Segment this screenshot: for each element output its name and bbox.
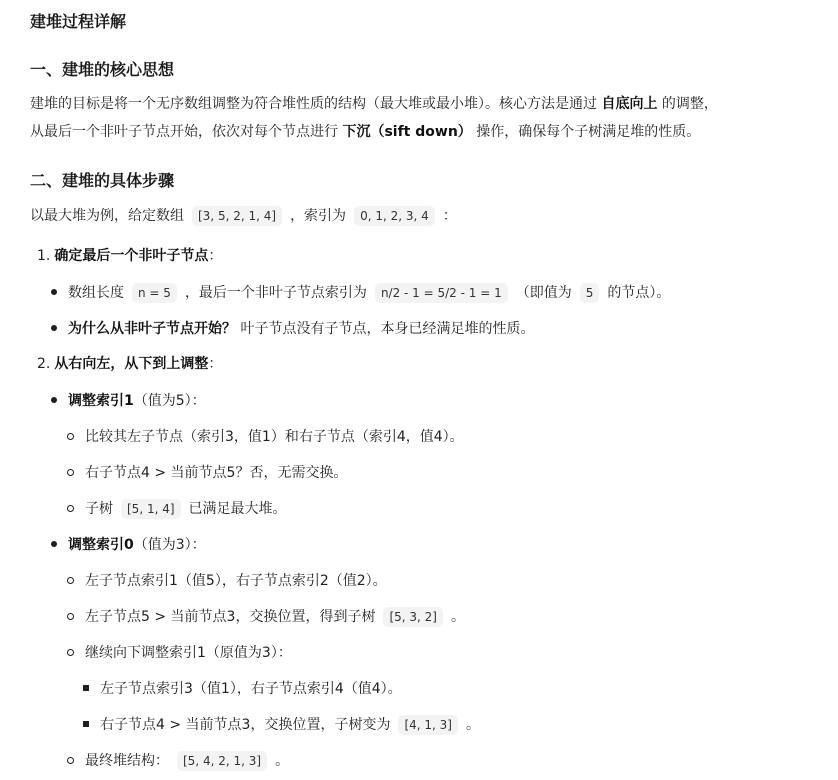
bullet-disc-icon	[51, 325, 57, 331]
section-heading-core-idea: 一、建堆的核心思想	[30, 57, 174, 80]
text: 的调整，	[657, 96, 717, 112]
core-idea-paragraph-line1: 建堆的目标是将一个无序数组调整为符合堆性质的结构（最大堆或最小堆）。核心方法是通…	[30, 90, 718, 118]
list-item: 数组长度n = 5，最后一个非叶子节点索引为n/2 - 1 = 5/2 - 1 …	[51, 282, 670, 304]
bullet-circle-icon	[67, 433, 74, 440]
text: 子树	[85, 501, 113, 517]
bullet-circle-icon	[67, 613, 74, 620]
bold-adjust-index-0: 调整索引0	[68, 537, 134, 553]
inline-code: 5	[580, 283, 600, 303]
sub-list-item: 子树[5, 1, 4]已满足最大堆。	[67, 498, 287, 520]
bold-sift-down: 下沉（sift down）	[342, 124, 471, 140]
text: 左子节点5 > 当前节点3，交换位置，得到子树	[85, 609, 375, 625]
ordered-list-item-1: 1.确定最后一个非叶子节点：	[37, 245, 222, 267]
text: 右子节点4 > 当前节点5？否，无需交换。	[85, 465, 347, 481]
text: 以最大堆为例，给定数组	[30, 208, 184, 224]
text: 操作，确保每个子树满足堆的性质。	[472, 124, 700, 140]
text: 从最后一个非叶子节点开始，依次对每个节点进行	[30, 124, 342, 140]
bullet-circle-icon	[67, 469, 74, 476]
text: （即值为	[516, 285, 572, 301]
text: 左子节点索引1（值5），右子节点索引2（值2）。	[85, 573, 387, 589]
text: ，最后一个非叶子节点索引为	[185, 285, 367, 301]
section-heading-steps: 二、建堆的具体步骤	[30, 168, 174, 191]
text: 叶子节点没有子节点，本身已经满足堆的性质。	[236, 321, 534, 337]
bullet-circle-icon	[67, 757, 74, 764]
text: 已满足最大堆。	[189, 501, 287, 517]
text: ：	[208, 356, 222, 372]
sub-list-item-final-heap: 最终堆结构：[5, 4, 2, 1, 3]。	[67, 750, 289, 772]
step-label: 从右向左，从下到上调整	[54, 356, 208, 372]
text: 。	[275, 753, 289, 769]
text: 最终堆结构：	[85, 753, 169, 769]
sub-list-item: 右子节点4 > 当前节点5？否，无需交换。	[67, 462, 347, 484]
text: ：	[443, 208, 457, 224]
text: 数组长度	[68, 285, 124, 301]
sub-list-item: 继续向下调整索引1（原值为3）：	[67, 642, 292, 664]
inline-code-array: [3, 5, 2, 1, 4]	[192, 206, 282, 226]
bullet-square-icon	[83, 721, 89, 727]
inline-code-final-heap: [5, 4, 2, 1, 3]	[177, 751, 267, 771]
bullet-square-icon	[83, 685, 89, 691]
inline-code: n/2 - 1 = 5/2 - 1 = 1	[375, 283, 508, 303]
bullet-circle-icon	[67, 505, 74, 512]
inline-code-indices: 0, 1, 2, 3, 4	[354, 206, 435, 226]
bullet-disc-icon	[51, 541, 57, 547]
text: 。	[466, 717, 480, 733]
list-number: 1.	[37, 248, 50, 264]
bullet-disc-icon	[51, 289, 57, 295]
text: 。	[451, 609, 465, 625]
bullet-circle-icon	[67, 577, 74, 584]
list-item: 调整索引0（值为3）：	[51, 534, 206, 556]
bold-bottom-up: 自底向上	[601, 96, 657, 112]
sub-list-item: 左子节点索引1（值5），右子节点索引2（值2）。	[67, 570, 387, 592]
bullet-disc-icon	[51, 397, 57, 403]
text: ：	[208, 248, 222, 264]
inline-code: [4, 1, 3]	[398, 715, 458, 735]
page-title: 建堆过程详解	[30, 9, 126, 32]
step-label: 确定最后一个非叶子节点	[54, 248, 208, 264]
list-number: 2.	[37, 356, 50, 372]
text: 建堆的目标是将一个无序数组调整为符合堆性质的结构（最大堆或最小堆）。核心方法是通…	[30, 96, 601, 112]
inline-code: [5, 1, 4]	[121, 499, 181, 519]
list-item: 调整索引1（值为5）：	[51, 390, 206, 412]
ordered-list-item-2: 2.从右向左，从下到上调整：	[37, 353, 222, 375]
bold-question: 为什么从非叶子节点开始？	[68, 321, 236, 337]
text: 比较其左子节点（索引3，值1）和右子节点（索引4，值4）。	[85, 429, 464, 445]
text: 继续向下调整索引1（原值为3）：	[85, 645, 292, 661]
text: 的节点）。	[607, 285, 670, 301]
text: ，索引为	[290, 208, 346, 224]
sub-sub-list-item: 左子节点索引3（值1），右子节点索引4（值4）。	[83, 678, 402, 700]
text: （值为3）：	[134, 537, 206, 553]
inline-code: [5, 3, 2]	[383, 607, 443, 627]
text: 左子节点索引3（值1），右子节点索引4（值4）。	[100, 681, 402, 697]
list-item: 为什么从非叶子节点开始？ 叶子节点没有子节点，本身已经满足堆的性质。	[51, 318, 534, 340]
sub-list-item: 左子节点5 > 当前节点3，交换位置，得到子树[5, 3, 2]。	[67, 606, 465, 628]
text: 右子节点4 > 当前节点3，交换位置，子树变为	[100, 717, 390, 733]
text: （值为5）：	[134, 393, 206, 409]
steps-intro: 以最大堆为例，给定数组[3, 5, 2, 1, 4]，索引为0, 1, 2, 3…	[30, 205, 457, 227]
bold-adjust-index-1: 调整索引1	[68, 393, 134, 409]
inline-code: n = 5	[132, 283, 177, 303]
core-idea-paragraph-line2: 从最后一个非叶子节点开始，依次对每个节点进行 下沉（sift down） 操作，…	[30, 118, 700, 146]
bullet-circle-icon	[67, 649, 74, 656]
sub-list-item: 比较其左子节点（索引3，值1）和右子节点（索引4，值4）。	[67, 426, 464, 448]
sub-sub-list-item: 右子节点4 > 当前节点3，交换位置，子树变为[4, 1, 3]。	[83, 714, 480, 736]
